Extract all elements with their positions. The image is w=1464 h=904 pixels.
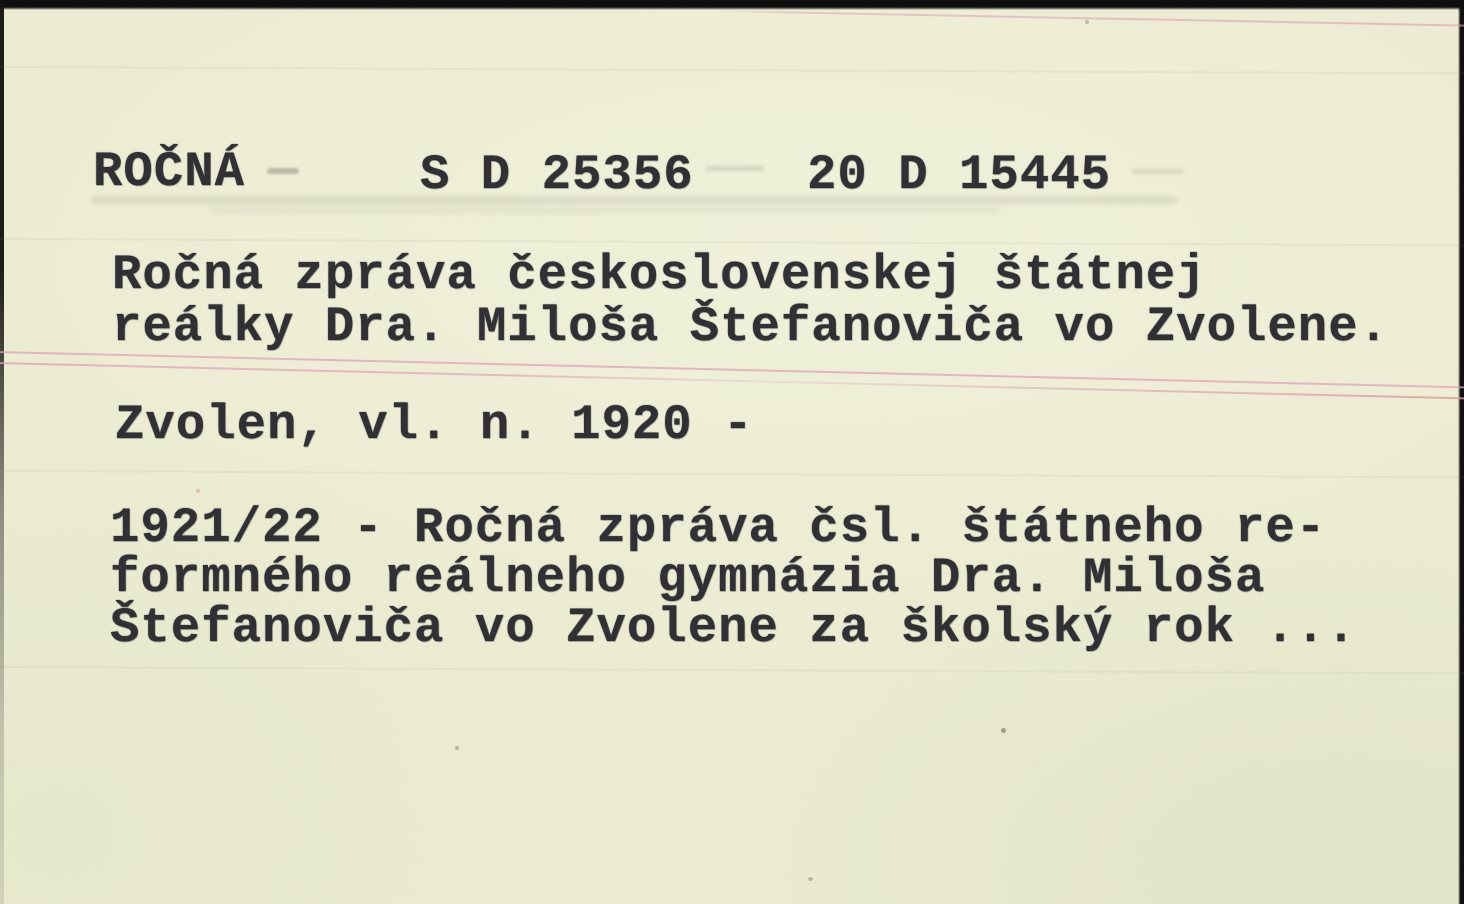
- scan-edge-top: [0, 0, 1464, 10]
- card-heading: ROČNÁ: [93, 148, 245, 197]
- faint-paper-rule: [0, 238, 1464, 246]
- ghost-ink-smudge: [210, 207, 1000, 213]
- ink-speck: [1001, 728, 1006, 733]
- title-line-2: reálky Dra. Miloša Štefanoviča vo Zvolen…: [112, 303, 1389, 352]
- ghost-ink-smudge: [706, 166, 764, 171]
- faint-paper-rule: [0, 470, 1464, 478]
- library-catalog-card: ROČNÁ S D 25356 20 D 15445 Ročná zpráva …: [0, 0, 1464, 904]
- call-number-right: 20 D 15445: [807, 151, 1111, 200]
- pink-rule-middle-upper: [0, 351, 1464, 389]
- scan-edge-right: [1458, 0, 1464, 904]
- ink-speck: [196, 489, 200, 493]
- pink-rule-top-right: [718, 10, 1464, 27]
- ink-speck: [808, 877, 813, 881]
- imprint-line: Zvolen, vl. n. 1920 -: [115, 401, 754, 450]
- ink-speck: [1085, 20, 1089, 24]
- ink-speck: [455, 746, 459, 750]
- scan-edge-left: [0, 0, 4, 904]
- holdings-line-3: Štefanoviča vo Zvolene za školský rok ..…: [110, 604, 1357, 653]
- faint-paper-rule: [0, 666, 1464, 674]
- ghost-ink-smudge: [1132, 169, 1184, 174]
- holdings-line-2: formného reálneho gymnázia Dra. Miloša: [110, 554, 1265, 603]
- holdings-line-1: 1921/22 - Ročná zpráva čsl. štátneho re-: [110, 504, 1326, 553]
- title-line-1: Ročná zpráva československej štátnej: [112, 251, 1207, 300]
- pink-rule-middle-lower: [0, 362, 1464, 400]
- call-number-left: S D 25356: [420, 151, 694, 200]
- ghost-ink-smudge: [267, 168, 299, 174]
- faint-paper-rule: [0, 66, 1464, 74]
